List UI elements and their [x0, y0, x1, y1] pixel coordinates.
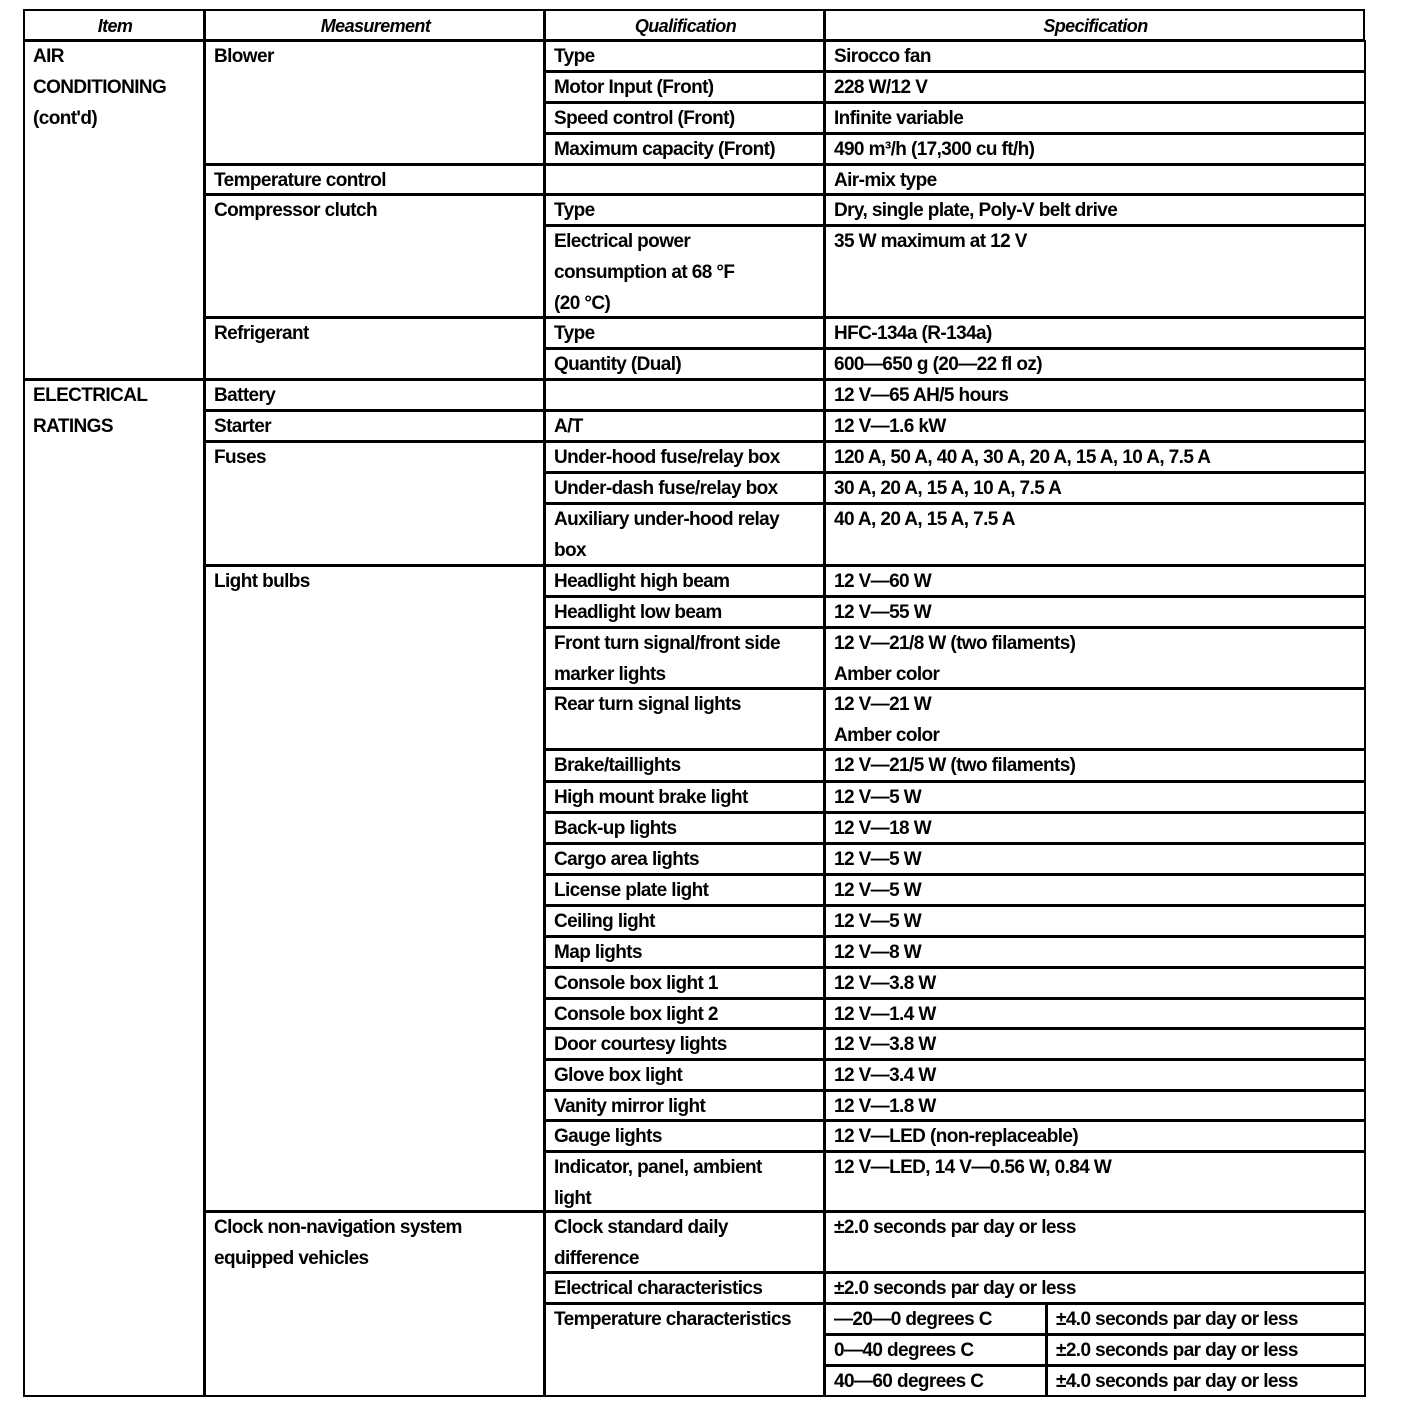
specification-value: 12 V—LED (non-replaceable) — [834, 1121, 1357, 1152]
qualification-label: Rear turn signal lights — [554, 689, 816, 720]
qualification-label: High mount brake light — [554, 782, 816, 813]
qualification-label: Type — [554, 195, 816, 226]
qualification-label: Clock standard daily difference — [554, 1212, 816, 1274]
item-cell — [23, 379, 205, 1397]
specification-value: 12 V—3.4 W — [834, 1060, 1357, 1091]
qualification-label: Indicator, panel, ambient light — [554, 1152, 816, 1214]
qualification-label: Console box light 1 — [554, 968, 816, 999]
specification-value: 12 V—1.6 kW — [834, 411, 1357, 442]
temperature-value: ±4.0 seconds par day or less — [1056, 1304, 1357, 1335]
measurement-label: Refrigerant — [214, 318, 536, 349]
temperature-value: ±4.0 seconds par day or less — [1056, 1366, 1357, 1397]
specification-value: 12 V—5 W — [834, 844, 1357, 875]
header-item: Item — [24, 11, 206, 41]
qualification-label: Door courtesy lights — [554, 1029, 816, 1060]
header-measurement: Measurement — [205, 11, 546, 41]
qualification-label: Front turn signal/front side marker ligh… — [554, 628, 816, 690]
specification-value: 12 V—LED, 14 V—0.56 W, 0.84 W — [834, 1152, 1357, 1183]
specification-value: 12 V—21/5 W (two filaments) — [834, 750, 1357, 781]
specification-value: 12 V—5 W — [834, 782, 1357, 813]
specifications-table: Item Measurement Qualification Specifica… — [0, 0, 1408, 1416]
qualification-label: Motor Input (Front) — [554, 72, 816, 103]
item-label: ELECTRICAL RATINGS — [33, 380, 196, 442]
measurement-label: Blower — [214, 41, 536, 72]
qualification-label: Gauge lights — [554, 1121, 816, 1152]
specification-value: 12 V—21/8 W (two filaments) Amber color — [834, 628, 1357, 690]
specification-value: Infinite variable — [834, 103, 1357, 134]
qualification-cell — [544, 379, 825, 411]
qualification-label: Headlight low beam — [554, 597, 816, 628]
qualification-label: Under-hood fuse/relay box — [554, 442, 816, 473]
specification-value: 228 W/12 V — [834, 72, 1357, 103]
qualification-label: Type — [554, 41, 816, 72]
qualification-label: Map lights — [554, 937, 816, 968]
specification-value: 12 V—1.8 W — [834, 1091, 1357, 1122]
specification-value: 12 V—1.4 W — [834, 999, 1357, 1030]
header-specification: Specification — [825, 11, 1366, 41]
specification-value: ±2.0 seconds par day or less — [834, 1273, 1357, 1304]
specification-value: 30 A, 20 A, 15 A, 10 A, 7.5 A — [834, 473, 1357, 504]
specification-value: Air-mix type — [834, 165, 1357, 196]
measurement-label: Compressor clutch — [214, 195, 536, 226]
measurement-label: Temperature control — [214, 165, 536, 196]
specification-value: 120 A, 50 A, 40 A, 30 A, 20 A, 15 A, 10 … — [834, 442, 1357, 473]
qualification-label: Console box light 2 — [554, 999, 816, 1030]
measurement-label: Battery — [214, 380, 536, 411]
specification-value: 12 V—8 W — [834, 937, 1357, 968]
qualification-cell — [544, 164, 825, 195]
specification-value: 40 A, 20 A, 15 A, 7.5 A — [834, 504, 1357, 535]
qualification-label: Quantity (Dual) — [554, 349, 816, 380]
specification-value: 12 V—3.8 W — [834, 1029, 1357, 1060]
specification-value: 12 V—21 W Amber color — [834, 689, 1357, 751]
measurement-label: Light bulbs — [214, 566, 536, 597]
qualification-label: Electrical characteristics — [554, 1273, 816, 1304]
qualification-label: Back-up lights — [554, 813, 816, 844]
specification-value: HFC-134a (R-134a) — [834, 318, 1357, 349]
qualification-label: Electrical power consumption at 68 °F (2… — [554, 226, 816, 319]
specification-value: 12 V—18 W — [834, 813, 1357, 844]
temperature-value: ±2.0 seconds par day or less — [1056, 1335, 1357, 1366]
specification-value: 12 V—5 W — [834, 906, 1357, 937]
specification-value: Sirocco fan — [834, 41, 1357, 72]
temperature-range: —20—0 degrees C — [834, 1304, 1038, 1335]
qualification-label: A/T — [554, 411, 816, 442]
qualification-label: Glove box light — [554, 1060, 816, 1091]
measurement-label: Clock non-navigation system equipped veh… — [214, 1212, 536, 1274]
specification-value: 12 V—60 W — [834, 566, 1357, 597]
specification-value: 12 V—5 W — [834, 875, 1357, 906]
qualification-label: Type — [554, 318, 816, 349]
qualification-label: Brake/taillights — [554, 750, 816, 781]
qualification-label: Vanity mirror light — [554, 1091, 816, 1122]
qualification-label: Under-dash fuse/relay box — [554, 473, 816, 504]
measurement-label: Starter — [214, 411, 536, 442]
specification-value: ±2.0 seconds par day or less — [834, 1212, 1357, 1243]
qualification-label: Speed control (Front) — [554, 103, 816, 134]
specification-value: 12 V—65 AH/5 hours — [834, 380, 1357, 411]
specification-value: 35 W maximum at 12 V — [834, 226, 1357, 257]
measurement-label: Fuses — [214, 442, 536, 473]
item-label: AIR CONDITIONING (cont'd) — [33, 41, 196, 134]
specification-value: 600—650 g (20—22 fl oz) — [834, 349, 1357, 380]
specification-value: 490 m³/h (17,300 cu ft/h) — [834, 134, 1357, 165]
qualification-label: Cargo area lights — [554, 844, 816, 875]
qualification-label: Ceiling light — [554, 906, 816, 937]
header-qualification: Qualification — [545, 11, 826, 41]
temperature-range: 40—60 degrees C — [834, 1366, 1038, 1397]
specification-value: Dry, single plate, Poly-V belt drive — [834, 195, 1357, 226]
qualification-label: Headlight high beam — [554, 566, 816, 597]
qualification-label: Temperature characteristics — [554, 1304, 816, 1335]
qualification-label: Auxiliary under-hood relay box — [554, 504, 816, 566]
qualification-label: License plate light — [554, 875, 816, 906]
measurement-cell — [204, 565, 545, 1212]
qualification-label: Maximum capacity (Front) — [554, 134, 816, 165]
specification-value: 12 V—55 W — [834, 597, 1357, 628]
specification-value: 12 V—3.8 W — [834, 968, 1357, 999]
temperature-range: 0—40 degrees C — [834, 1335, 1038, 1366]
